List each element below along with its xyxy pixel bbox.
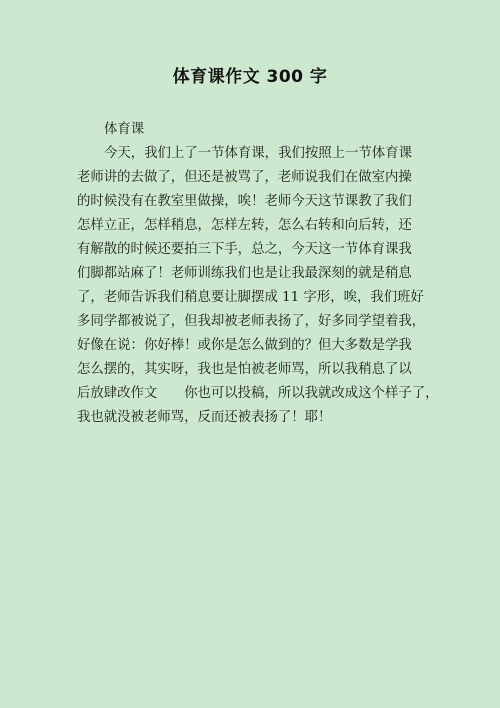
essay-line: 好像在说：你好棒！或你是怎么做到的？但大多数是学我 <box>77 334 437 358</box>
document-title: 体育课作文 300 字 <box>0 62 500 87</box>
essay-line: 老师讲的去做了，但还是被骂了，老师说我们在做室内操 <box>77 166 437 190</box>
essay-subtitle: 体育课 <box>77 118 437 142</box>
essay-line: 有解散的时候还要拍三下手，总之，今天这一节体育课我 <box>77 238 437 262</box>
essay-line: 怎样立正，怎样稍息，怎样左转，怎么右转和向后转，还 <box>77 214 437 238</box>
essay-body: 体育课 今天，我们上了一节体育课，我们按照上一节体育课 老师讲的去做了，但还是被… <box>77 118 437 430</box>
essay-line: 们脚都站麻了！老师训练我们也是让我最深刻的就是稍息 <box>77 262 437 286</box>
essay-line: 了，老师告诉我们稍息要让脚摆成 11 字形，唉，我们班好 <box>77 286 437 310</box>
essay-line: 多同学都被说了，但我却被老师表扬了，好多同学望着我， <box>77 310 437 334</box>
essay-line: 的时候没有在教室里做操，唉！老师今天这节课教了我们 <box>77 190 437 214</box>
essay-line: 怎么摆的，其实呀，我也是怕被老师骂，所以我稍息了以 <box>77 358 437 382</box>
essay-line: 我也就没被老师骂，反而还被表扬了！耶！ <box>77 406 437 430</box>
essay-line: 后放肆改作文 你也可以投稿，所以我就改成这个样子了， <box>77 382 437 406</box>
document-page: 体育课作文 300 字 体育课 今天，我们上了一节体育课，我们按照上一节体育课 … <box>0 0 500 708</box>
essay-line: 今天，我们上了一节体育课，我们按照上一节体育课 <box>77 142 437 166</box>
